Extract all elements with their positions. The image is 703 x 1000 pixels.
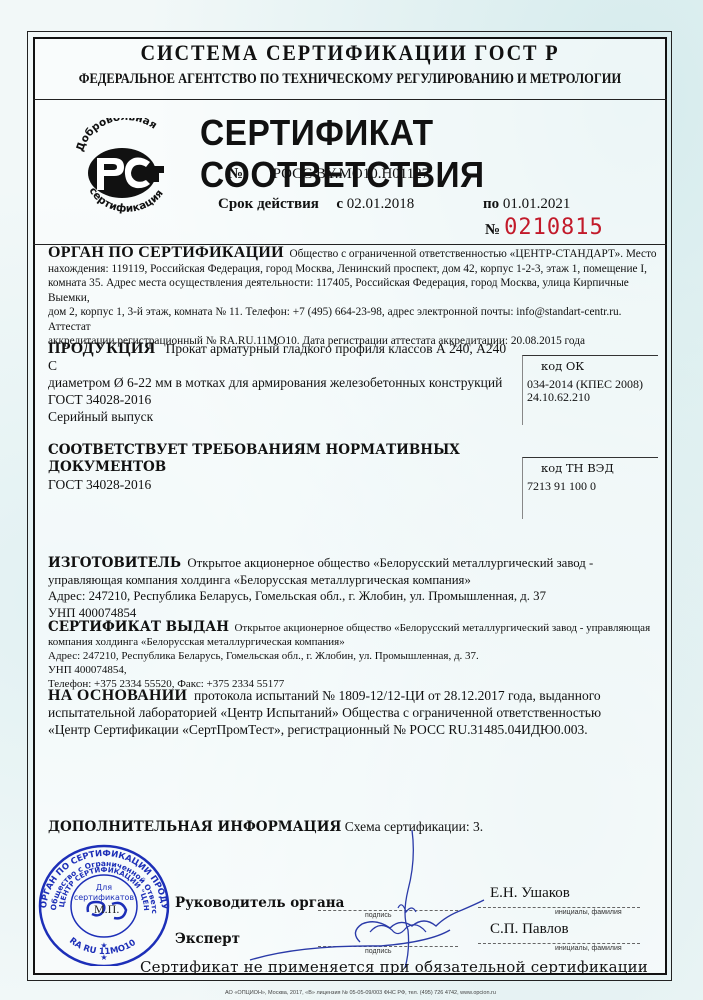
certificate-title: СЕРТИФИКАТ СООТВЕТСТВИЯ [200,112,668,196]
svg-text:сертификатов: сертификатов [74,893,135,902]
tnved-code-label: код ТН ВЭД [527,462,658,475]
ok-code-box: код ОК 034-2014 (КПЕС 2008) 24.10.62.210 [522,355,658,425]
voluntary-certification-logo: Добровольная сертификация [70,118,180,223]
validity-row: Срок действия с 02.01.2018 [218,196,414,213]
handwritten-signature-icon [240,820,500,970]
product-line-2: диаметром Ø 6-22 мм в мотках для армиров… [48,374,518,391]
basis-line-2: испытательной лабораторией «Центр Испыта… [48,704,660,721]
tnved-code-box: код ТН ВЭД 7213 91 100 0 [522,457,658,519]
system-title: СИСТЕМА СЕРТИФИКАЦИИ ГОСТ Р [58,40,641,66]
ok-code-line-2: 24.10.62.210 [527,391,658,404]
svg-text:★: ★ [100,953,107,962]
manufacturer-line-2: управляющая компания холдинга «Белорусск… [48,572,660,589]
from-label: с [336,196,343,212]
number-sign: № [228,166,243,182]
certification-body-line-3: комната 35. Адрес места осуществления де… [48,276,660,305]
manufacturer-section: ИЗГОТОВИТЕЛЬ Открытое акционерное общест… [48,555,660,621]
print-info: АО «ОПЦИОН», Москва, 2017, «В» лицензия … [225,990,496,996]
from-date: 02.01.2018 [347,196,415,212]
voluntary-notice: Сертификат не применяется при обязательн… [140,958,648,976]
certification-body-section: ОРГАН ПО СЕРТИФИКАЦИИ Общество с огранич… [48,246,660,349]
blank-number-row: № 0210815 [485,215,604,240]
blank-number: 0210815 [504,215,604,240]
validity-to: по 01.01.2021 [483,196,570,213]
expert-name-caption: инициалы, фамилия [555,945,622,952]
expert-name: С.П. Павлов [490,921,569,938]
conformity-label: СООТВЕТСТВУЕТ ТРЕБОВАНИЯМ НОРМАТИВНЫХ ДО… [48,442,528,476]
issued-to-line-3: Адрес: 247210, Республика Беларусь, Гоме… [48,649,660,663]
certification-body-line-1: Общество с ограниченной ответственностью… [290,248,657,260]
ok-code-label: код ОК [527,360,658,373]
certification-body-line-4: дом 2, корпус 1, 3-й этаж, комната № 11.… [48,305,660,334]
basis-label: НА ОСНОВАНИИ [48,687,187,704]
certificate-number: РОСС BY.МО10.Н01127 [273,166,430,182]
certification-body-line-2: нахождения: 119119, Российская Федерация… [48,262,660,277]
basis-line-1: протокола испытаний № 1809-12/12-ЦИ от 2… [194,688,601,703]
manufacturer-line-3: Адрес: 247210, Республика Беларусь, Гоме… [48,588,660,605]
conformity-document: ГОСТ 34028-2016 [48,476,528,493]
to-label: по [483,196,499,212]
head-name-caption: инициалы, фамилия [555,909,622,916]
certification-body-stamp: ОРГАН ПО СЕРТИФИКАЦИИ ПРОДУКЦИИ Общество… [34,838,174,966]
issued-to-label: СЕРТИФИКАТ ВЫДАН [48,619,229,635]
agency-title: ФЕДЕРАЛЬНОЕ АГЕНТСТВО ПО ТЕХНИЧЕСКОМУ РЕ… [77,71,622,88]
to-date: 01.01.2021 [503,196,571,212]
product-line-3: ГОСТ 34028-2016 [48,391,518,408]
header-divider [33,99,667,100]
validity-label: Срок действия [218,196,319,212]
round-stamp-icon: ОРГАН ПО СЕРТИФИКАЦИИ ПРОДУКЦИИ Общество… [34,838,174,966]
certification-body-label: ОРГАН ПО СЕРТИФИКАЦИИ [48,244,284,261]
expert-label: Эксперт [175,931,240,947]
blank-number-sign: № [485,222,500,238]
basis-line-3: «Центр Сертификации «СертПромТест», реги… [48,721,660,738]
product-section: ПРОДУКЦИЯ Прокат арматурный гладкого про… [48,340,518,425]
issued-to-section: СЕРТИФИКАТ ВЫДАН Открытое акционерное об… [48,620,660,691]
product-label: ПРОДУКЦИЯ [48,340,155,357]
expert-name-line [478,943,640,944]
product-line-4: Серийный выпуск [48,408,518,425]
issued-to-line-2: компания холдинга «Белорусская металлург… [48,635,660,649]
tnved-code: 7213 91 100 0 [527,480,658,493]
conformity-section: СООТВЕТСТВУЕТ ТРЕБОВАНИЯМ НОРМАТИВНЫХ ДО… [48,442,528,493]
manufacturer-line-1: Открытое акционерное общество «Белорусск… [187,556,593,570]
issued-to-line-1: Открытое акционерное общество «Белорусск… [234,622,650,634]
mp-mark: М.П. [94,902,119,916]
issued-to-line-4: УНП 400074854, [48,663,660,677]
svg-text:Для: Для [96,883,112,892]
svg-text:Добровольная: Добровольная [74,118,159,153]
svg-text:★: ★ [100,941,107,950]
manufacturer-label: ИЗГОТОВИТЕЛЬ [48,555,181,571]
certificate-number-row: № РОСС BY.МО10.Н01127 [228,166,429,183]
basis-section: НА ОСНОВАНИИ протокола испытаний № 1809-… [48,687,660,738]
head-name: Е.Н. Ушаков [490,885,570,902]
rst-logo-icon: Добровольная сертификация [70,118,180,223]
head-name-line [478,907,640,908]
